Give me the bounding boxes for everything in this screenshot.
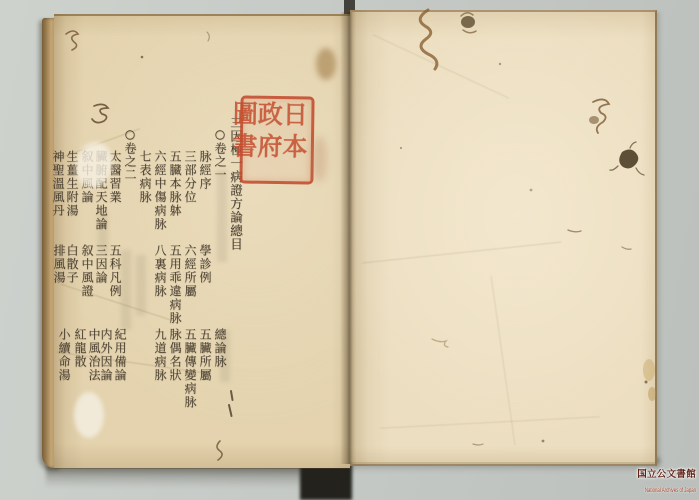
toc-entry: 小續命湯 — [58, 328, 70, 382]
toc-entry: 五臓本脉躰 — [169, 150, 181, 218]
library-seal: 日本 政府 圖書 — [239, 95, 314, 184]
watermark-jp: 国立公文書館 — [625, 470, 696, 480]
toc-entry: 白散子 — [66, 244, 78, 285]
toc-volume-header: ○卷之二 — [124, 127, 136, 181]
toc-entry: 六經所屬 — [184, 244, 196, 298]
toc-entry: 五科凡例 — [109, 244, 121, 298]
watermark: 国立公文書館 National Archives of Japan — [625, 470, 696, 496]
toc-entry: 九道病脉 — [154, 328, 166, 382]
toc-entry: 中風治法 — [88, 328, 100, 382]
gutter-shadow — [340, 12, 356, 464]
toc-entry: 五臟傳變病脉 — [184, 328, 196, 409]
toc-volume-header: ○卷之一 — [214, 127, 226, 181]
ink-stain — [312, 136, 327, 182]
toc-entry: 七表病脉 — [139, 150, 151, 204]
toc-entry: 三部分位 — [184, 150, 196, 204]
toc-entry: 六經中傷病脉 — [154, 150, 166, 231]
toc-entry: 三因論 — [95, 244, 107, 285]
seal-column: 日本 — [280, 101, 306, 179]
toc-entry: 紀用備論 — [114, 328, 126, 382]
right-page — [350, 10, 657, 466]
toc-entry: 八裏病脉 — [154, 244, 166, 298]
ink-stain — [316, 48, 336, 80]
seal-column: 政府 — [255, 101, 281, 179]
toc-entry: 排風湯 — [53, 244, 65, 285]
toc-entry: 五用乖違病脉 — [169, 244, 181, 325]
toc-entry: 内外因論 — [100, 328, 112, 382]
bleedthrough-smudge — [136, 255, 146, 315]
bleedthrough-smudge — [121, 250, 131, 330]
toc-entry: 總論脉 — [214, 328, 226, 369]
toc-entry: 神聖溫風丹 — [52, 150, 64, 218]
watermark-en: National Archives of Japan — [645, 488, 696, 494]
seal-column: 圖書 — [230, 100, 256, 178]
toc-entry: 五臟所屬 — [199, 328, 211, 382]
toc-entry: 脉偶名狀 — [169, 328, 181, 382]
toc-entry: 紅龍散 — [74, 328, 86, 369]
scan-stage: 三因極一病證方論總目 ○卷之一 脉經序 三部分位 五臓本脉躰 六經中傷病脉 七表… — [0, 0, 699, 500]
toc-entry: 叙中風證 — [81, 244, 93, 298]
bleedthrough-smudge — [217, 170, 227, 262]
repair-patch — [74, 392, 104, 438]
toc-entry: 學診例 — [199, 244, 211, 285]
toc-entry: 脉經序 — [199, 150, 211, 191]
